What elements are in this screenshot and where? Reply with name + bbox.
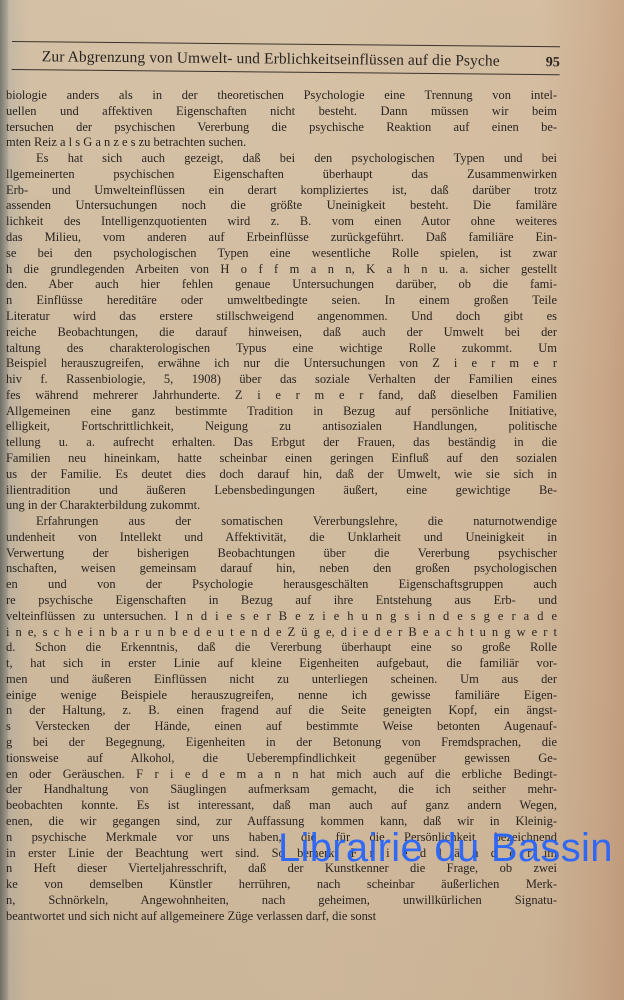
- body-text: biologie anders als in der theoretischen…: [6, 88, 557, 924]
- text-line: re psychische Eigenschaften in Bezug auf…: [6, 593, 557, 609]
- text-line: Literatur wird das erstere stillschweige…: [6, 309, 557, 325]
- text-line: ung in der Charakterbildung zukommt.: [6, 498, 557, 514]
- watermark: Librairie du Bassin: [278, 826, 613, 871]
- text-line: Erfahrungen aus der somatischen Vererbun…: [6, 514, 557, 530]
- text-line: ilientradition und äußeren Lebensbedingu…: [6, 483, 557, 499]
- text-line: us der Familie. Es deutet dies doch dara…: [6, 467, 557, 483]
- text-line: g bei der Begegnung, Eigenheiten in der …: [6, 735, 557, 751]
- text-line: der Handhaltung von Säuglingen aufmerksa…: [6, 782, 557, 798]
- text-line: men und äußeren Einflüssen nicht zu unte…: [6, 672, 557, 688]
- page-number: 95: [546, 55, 560, 71]
- text-line: den. Aber auch hier fehlen genaue Unters…: [6, 277, 557, 293]
- text-line: nschaften, weisen gemeinsam darauf hin, …: [6, 561, 557, 577]
- text-line: fes während mehrerer Jahrhunderte. Z i e…: [6, 388, 557, 404]
- text-line: taltung des charakterologischen Typus ei…: [6, 341, 557, 357]
- text-line: biologie anders als in der theoretischen…: [6, 88, 557, 104]
- text-line: n der Haltung, z. B. einen fragend auf d…: [6, 703, 557, 719]
- text-line: en oder Geräuschen. F r i e d e m a n n …: [6, 767, 557, 783]
- text-line: h die grundlegenden Arbeiten von H o f f…: [6, 262, 557, 278]
- text-line: undenheit von Intellekt und Affektivität…: [6, 530, 557, 546]
- text-line: lichkeit des Intelligenzquotienten wird …: [6, 214, 557, 230]
- text-line: n, Schnörkeln, Angewohnheiten, nach gehe…: [6, 893, 557, 909]
- text-line: elligkeit, Fortschrittlichkeit, Neigung …: [6, 419, 557, 435]
- text-line: Familien neu hineinkam, hatte scheinbar …: [6, 451, 557, 467]
- text-line: uellen und affektiven Eigenschaften nich…: [6, 104, 557, 120]
- text-line: Erb- und Umwelteinflüssen ein derart kom…: [6, 183, 557, 199]
- text-line: se bei den psychologischen Typen eine we…: [6, 246, 557, 262]
- text-line: beobachten konnte. Es ist interessant, d…: [6, 798, 557, 814]
- text-line: i n e, s c h e i n b a r u n b e d e u t…: [6, 625, 557, 641]
- running-head-title: Zur Abgrenzung von Umwelt- und Erblichke…: [42, 48, 500, 70]
- text-line: Verwertung der bisherigen Beobachtungen …: [6, 546, 557, 562]
- text-line: das Milieu, vom anderen auf Erbeinflüsse…: [6, 230, 557, 246]
- text-line: Allgemeinen eine ganz bestimmte Traditio…: [6, 404, 557, 420]
- header-rule-top: [12, 41, 560, 47]
- text-line: n Einflüsse hereditäre oder umweltbeding…: [6, 293, 557, 309]
- text-line: velteinflüssen zu untersuchen. I n d i e…: [6, 609, 557, 625]
- running-head: Zur Abgrenzung von Umwelt- und Erblichke…: [12, 41, 560, 76]
- text-line: llgemeinerten psychischen Eigenschaften …: [6, 167, 557, 183]
- text-line: assenden Untersuchungen noch die größte …: [6, 198, 557, 214]
- text-line: hiv f. Rassenbiologie, 5, 1908) über das…: [6, 372, 557, 388]
- text-line: mten Reiz a l s G a n z e s zu betrachte…: [6, 135, 557, 151]
- text-line: tionsweise auf Alkohol, die Ueberempfind…: [6, 751, 557, 767]
- text-line: tellung u. a. aufrecht erhalten. Das Erb…: [6, 435, 557, 451]
- text-line: ke von demselben Künstler herrühren, nac…: [6, 877, 557, 893]
- text-line: t, hat sich in erster Linie auf kleine E…: [6, 656, 557, 672]
- text-line: reiche Beobachtungen, die darauf hinweis…: [6, 325, 557, 341]
- text-line: en und von der Psychologie herausgeschäl…: [6, 577, 557, 593]
- text-line: beantwortet und sich nicht auf allgemein…: [6, 909, 557, 925]
- text-line: d. Schon die Erkenntnis, daß die Vererbu…: [6, 640, 557, 656]
- text-line: tersuchen der psychischen Vererbung die …: [6, 120, 557, 136]
- text-line: einige wenige Beispiele herauszugreifen,…: [6, 688, 557, 704]
- text-line: s Verstecken der Hände, einen auf bestim…: [6, 719, 557, 735]
- text-line: Es hat sich auch gezeigt, daß bei den ps…: [6, 151, 557, 167]
- text-line: Beispiel herauszugreifen, erwähne ich nu…: [6, 356, 557, 372]
